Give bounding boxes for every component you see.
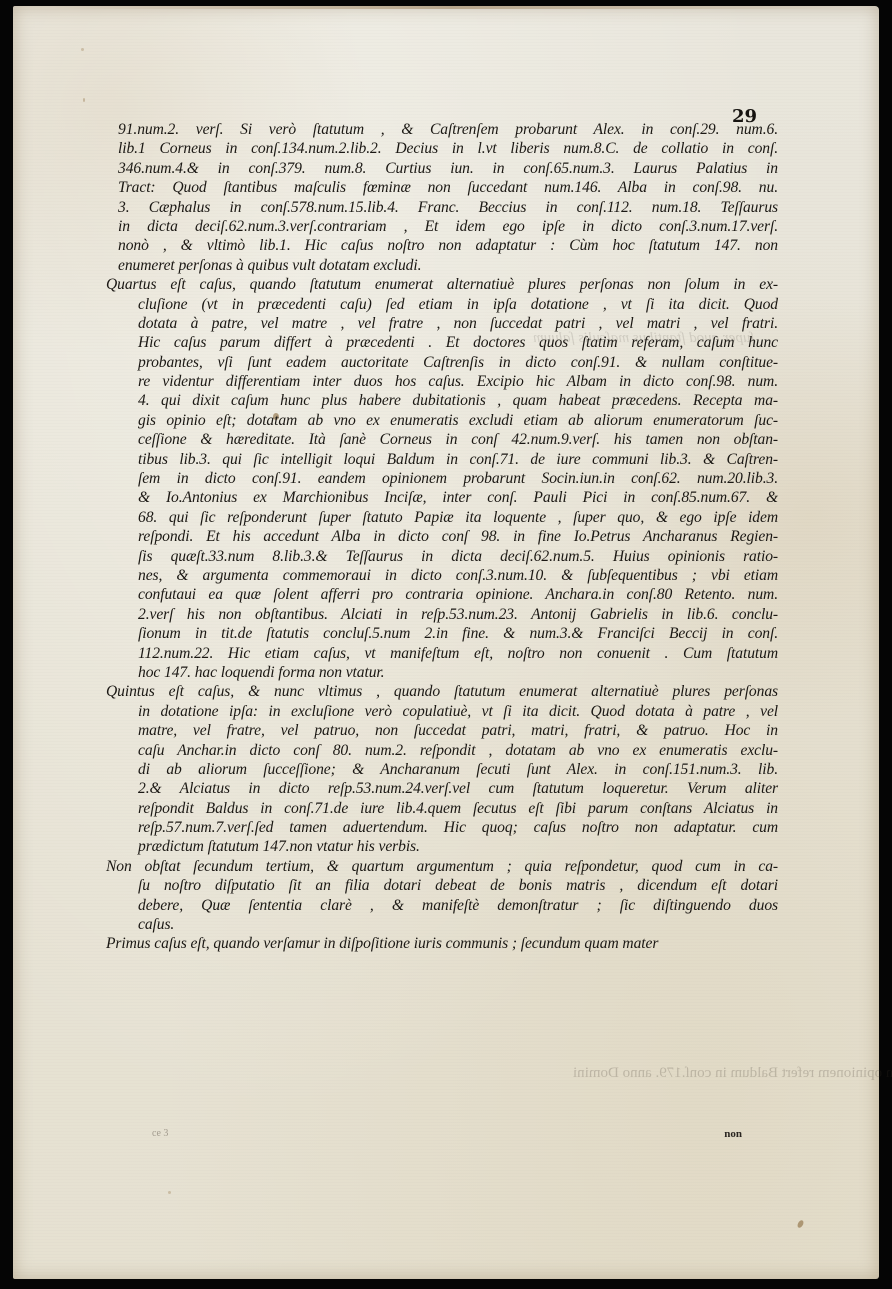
text-line: 3. Cæphalus in conſ.578.num.15.lib.4. Fr…: [118, 198, 778, 217]
signature-mark: ce 3: [152, 1128, 168, 1139]
text-line: gis opinio eſt; dotatam ab vno ex enumer…: [118, 411, 778, 430]
show-through-text: queſt. qui eandem opinionem refert Baldu…: [573, 1065, 892, 1082]
paragraph-quartus: Quartus eſt caſus, quando ſtatutum enume…: [118, 275, 778, 682]
text-line: 346.num.4.& in conſ.379. num.8. Curtius …: [118, 159, 778, 178]
text-line: lib.1 Corneus in conſ.134.num.2.lib.2. D…: [118, 139, 778, 158]
page-edge-top: [53, 6, 849, 9]
text-line: ſionum in tit.de ſtatutis concluſ.5.num …: [118, 624, 778, 643]
text-line: Non obſtat ſecundum tertium, & quartum a…: [106, 857, 778, 876]
text-line: 68. qui ſic reſponderunt ſuper ſtatuto P…: [118, 508, 778, 527]
text-line: in dicta deciſ.62.num.3.verſ.contrariam …: [118, 217, 778, 236]
text-line: Primus caſus eſt, quando verſamur in diſ…: [106, 934, 778, 953]
text-line: probantes, vſi ſunt eadem auctoritate Ca…: [118, 353, 778, 372]
foxing-stain: [796, 1219, 804, 1228]
text-line: Tract: Quod ſtantibus maſculis fœminæ no…: [118, 178, 778, 197]
text-line: nonò , & vltimò lib.1. Hic caſus noſtro …: [118, 236, 778, 255]
paragraph-non-obstat: Non obſtat ſecundum tertium, & quartum a…: [118, 857, 778, 935]
text-line: enumeret perſonas à quibus vult dotatam …: [118, 256, 778, 275]
text-line: 2.verſ his non obſtantibus. Alciati in r…: [118, 605, 778, 624]
text-line: hoc 147. hac loquendi forma non vtatur.: [118, 663, 778, 682]
text-line: ceſſione & hæreditate. Ità ſanè Corneus …: [118, 430, 778, 449]
text-line: 91.num.2. verſ. Si verò ſtatutum , & Caſ…: [118, 120, 778, 139]
text-line: tibus lib.3. qui ſic intelligit loqui Ba…: [118, 450, 778, 469]
text-line: re videntur differentiam inter duos hos …: [118, 372, 778, 391]
body-text: 91.num.2. verſ. Si verò ſtatutum , & Caſ…: [118, 120, 778, 954]
text-line: Quartus eſt caſus, quando ſtatutum enume…: [106, 275, 778, 294]
text-line: confutaui ea quæ ſolent afferri pro cont…: [118, 585, 778, 604]
foxing-stain: [81, 48, 84, 51]
text-line: prædictum ſtatutum 147.non vtatur his ve…: [118, 837, 778, 856]
paragraph-continuation: 91.num.2. verſ. Si verò ſtatutum , & Caſ…: [118, 120, 778, 275]
text-line: ſem in dicto conſ.91. eandem opinionem p…: [118, 469, 778, 488]
text-line: in dotatione ipſa: in excluſione verò co…: [118, 702, 778, 721]
paragraph-quintus: Quintus eſt caſus, & nunc vltimus , quan…: [118, 682, 778, 857]
text-line: matre, vel fratre, vel patruo, non ſucce…: [118, 721, 778, 740]
text-line: Quintus eſt caſus, & nunc vltimus , quan…: [106, 682, 778, 701]
text-line: reſp.57.num.7.verſ.ſed tamen aduertendum…: [118, 818, 778, 837]
text-line: reſpondi. Et his accedunt Alba in dicto …: [118, 527, 778, 546]
foxing-stain: [168, 1191, 171, 1194]
text-line: cluſione (vt in præcedenti caſu) ſed eti…: [118, 295, 778, 314]
text-line: ſu noſtro diſputatio ſit an filia dotari…: [118, 876, 778, 895]
text-line: ſis quæſt.33.num 8.lib.3.& Teſſaurus in …: [118, 547, 778, 566]
text-line: di ab aliorum ſucceſſione; & Ancharanum …: [118, 760, 778, 779]
text-line: 112.num.22. Hic etiam caſus, vt manifeſt…: [118, 644, 778, 663]
paragraph-primus: Primus caſus eſt, quando verſamur in diſ…: [118, 934, 778, 953]
text-line: nes, & argumenta commemoraui in dicto co…: [118, 566, 778, 585]
text-line: caſu Anchar.in dicto conſ 80. num.2. reſ…: [118, 741, 778, 760]
text-line: caſus.: [118, 915, 778, 934]
text-line: 4. qui dixit caſum hunc plus habere dubi…: [118, 391, 778, 410]
text-line: reſpondit Baldus in conſ.71.de iure lib.…: [118, 799, 778, 818]
catchword: non: [724, 1128, 742, 1140]
text-line: Hic caſus parum differt à præcedenti . E…: [118, 333, 778, 352]
text-line: debere, Quæ ſententia clarè , & manifeſt…: [118, 896, 778, 915]
text-line: & Io.Antonius ex Marchionibus Inciſæ, in…: [118, 488, 778, 507]
text-line: 2.& Alciatus in dicto reſp.53.num.24.ver…: [118, 779, 778, 798]
text-line: dotata à patre, vel matre , vel fratre ,…: [118, 314, 778, 333]
foxing-stain: [83, 98, 85, 102]
